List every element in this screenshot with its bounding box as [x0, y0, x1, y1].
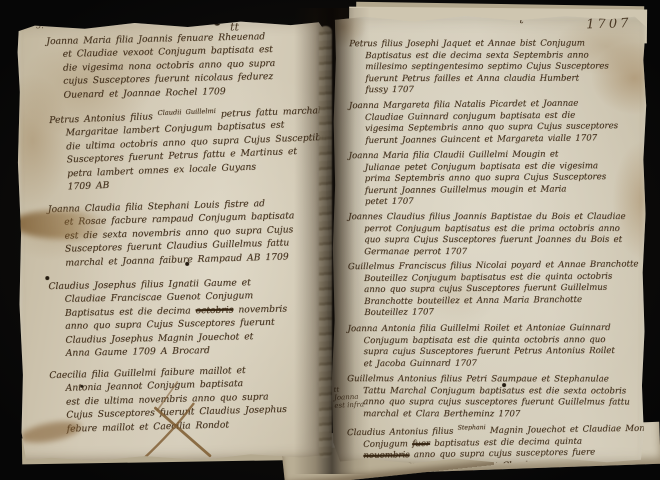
ink-spot	[80, 385, 83, 388]
entry-line: Germanae perrot 1707	[364, 246, 640, 258]
register-entry: Claudius Antonius filius Stephani Magnin…	[347, 419, 640, 467]
ink-spot	[45, 276, 49, 280]
register-entry: Guillelmus Franciscus filius Nicolai poy…	[348, 259, 641, 319]
left-page: 5. tt Joanna Maria filia Joannis fenuare…	[16, 19, 332, 464]
entry-line: Tattu Marchal Conjugum baptisatus est di…	[363, 385, 639, 397]
entry-line: et Jacoba Guinnard 1707	[364, 357, 640, 370]
entry-line: Conjugum baptisata est die quinta octobr…	[364, 334, 640, 347]
entry-line: Guillelmus Antonius filius Petri Saumpau…	[347, 374, 639, 386]
entry-line: perrot Conjugum baptisatus est die prima…	[364, 223, 640, 235]
entry-line: petet 1707	[365, 194, 641, 208]
right-page-entries: Petrus filius Josephi Jaquet et Annae bi…	[331, 13, 648, 467]
register-entry: Joanna Maria filia Claudii Guillelmi Mou…	[349, 148, 641, 208]
right-page: t 1707 Petrus filius Josephi Jaquet et A…	[331, 13, 648, 467]
register-entry: Petrus filius Josephi Jaquet et Annae bi…	[349, 38, 641, 96]
entry-line: quo supra Cujus Susceptores fuerunt Joan…	[364, 235, 640, 247]
register-entry: Joanna Margareta filia Natalis Picardet …	[349, 97, 642, 146]
ink-spot	[214, 22, 220, 26]
entry-line: Petrus filius Josephi Jaquet et Annae bi…	[349, 38, 641, 50]
entry-line: prima Septembris anno quo supra Cujus Su…	[365, 171, 641, 185]
ink-spot	[502, 383, 506, 387]
entry-line: fuerunt Petrus failles et Anna claudia H…	[365, 73, 641, 85]
entry-line: marchal et Clara Bertheminz 1707	[363, 408, 639, 420]
margin-note: tt Joanna est infra	[333, 384, 364, 409]
entry-line: Bouteillez 1707	[364, 305, 640, 319]
register-entry: Joannes Claudius filius Joannis Baptista…	[348, 212, 640, 258]
ink-spot	[185, 262, 189, 266]
register-entry: Claudius Josephus filius Ignatii Gaume e…	[48, 274, 323, 360]
entry-line: fuerunt Joannes Guincent et Margareta vi…	[365, 132, 641, 147]
gutter-torn-edge	[319, 26, 332, 458]
ink-x-mark	[131, 380, 228, 464]
entry-line: fussy 1707	[365, 84, 641, 96]
entry-line: supra cujus Susceptores fuerunt Petrus A…	[364, 345, 640, 358]
register-entry: Joanna Antonia filia Guillelmi Roilet et…	[347, 322, 639, 369]
margin-note-line: est infra	[334, 400, 364, 409]
entry-line: Joanna Antonia filia Guillelmi Roilet et…	[347, 322, 639, 335]
entry-line: anno quo supra cujus susceptores fuerunt…	[363, 397, 639, 409]
entry-line: Baptisatus est die decima sexta Septembr…	[365, 50, 641, 62]
register-entry: Joanna Maria filia Joannis fenuare Rheue…	[46, 29, 321, 102]
entry-line: millesimo septingentesimo septimo Cujus …	[365, 61, 641, 73]
entry-line: Joannes Claudius filius Joannis Baptista…	[348, 212, 640, 224]
register-entry: Petrus Antonius filius Claudii Guillelmi…	[49, 101, 326, 194]
register-entry: Guillelmus Antonius filius Petri Saumpau…	[347, 374, 639, 420]
entry-line: vigesima Septembris anno quo supra Cujus…	[365, 120, 641, 135]
photo-backdrop: t 1707 Petrus filius Josephi Jaquet et A…	[0, 0, 660, 480]
